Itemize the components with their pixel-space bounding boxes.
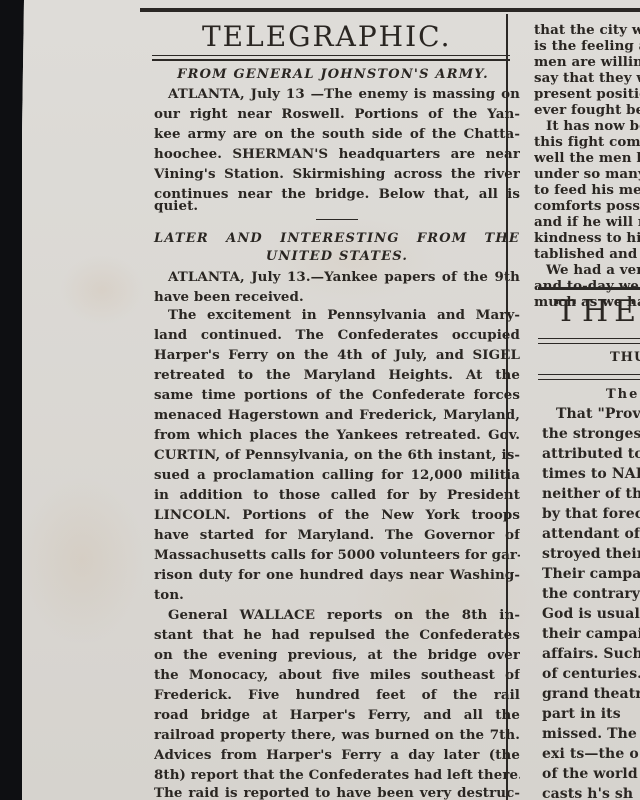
right-line: stroyed their [542,544,640,564]
article2-line: Massachusetts calls for 5000 volunteers … [154,545,520,565]
article2-line: The excitement in Pennsylvania and Mary- [154,305,520,325]
right-line: affairs. Such [542,644,640,664]
article2-line: on the evening previous, at the bridge o… [154,645,520,665]
masthead-rule-2 [538,343,640,344]
article2-headline-line2: UNITED STATES. [154,248,520,266]
right-line: casts h's sh [542,784,640,800]
article1-line: quiet. [154,196,520,216]
right-line: kindness to his m [534,230,640,247]
article2-line: CURTIN, of Pennsylvania, on the 6th inst… [154,445,520,465]
article2-line: stant that he had repulsed the Confedera… [154,625,520,645]
article2-line: in addition to those called for by Presi… [154,485,520,505]
title-underline-2 [152,59,510,61]
article2-line: General WALLACE reports on the 8th in- [154,605,520,625]
right-line: times to NAPOL [542,464,640,484]
right-line: exi ts—the o [542,744,640,764]
article2-line: have been received. [154,287,520,307]
right-line: and if he will now [534,214,640,231]
right-column: that the city will is the feeling and h … [534,0,640,800]
right-line: of centuries. [542,664,640,684]
right-line: neither of them [542,484,640,504]
article2-line: The raid is reported to have been very d… [154,783,520,800]
article1-line: ATLANTA, July 13 —The enemy is massing o… [154,84,520,104]
article1-line: kee army are on the south side of the Ch… [154,124,520,144]
right-line: well the men have [534,150,640,167]
right-line: That "Provid [556,404,640,424]
section-title: TELEGRAPHIC. [202,20,451,53]
right-line: the strongest b [542,424,640,444]
right-line: to feed his men w [534,182,640,199]
article2-line: from which places the Yankees retreated.… [154,425,520,445]
right-line: part in its [542,704,640,724]
right-line: grand theatr [542,684,640,704]
article2-line: sued a proclamation calling for 12,000 m… [154,465,520,485]
right-line: present position [534,86,640,103]
right-line: comforts possible [534,198,640,215]
article2-line: Harper's Ferry on the 4th of July, and S… [154,345,520,365]
dateline-rule-2 [538,379,640,380]
right-line: say that they wil [534,70,640,87]
article2-line: road bridge at Harper's Ferry, and all t… [154,705,520,725]
right-line: this fight commen [534,134,640,151]
masthead-top-rule [538,287,640,290]
article1-line: our right near Roswell. Portions of the … [154,104,520,124]
right-line: attributed to F [542,444,640,464]
article2-line: Advices from Harper's Ferry a day later … [154,745,520,765]
article-separator [316,219,358,220]
article1-line: Vining's Station. Skirmishing across the… [154,164,520,184]
article2-line: ton. [154,585,520,605]
editorial-subhead: The S [606,387,640,402]
right-line: missed. The [542,724,640,744]
article2-line: 8th) report that the Confederates had le… [154,765,520,785]
right-line: attendant of [542,524,640,544]
right-line: their campaig [542,624,640,644]
article2-line: LINCOLN. Portions of the New York troops [154,505,520,525]
right-line: is the feeling and h [534,38,640,55]
right-line: tablished and his [534,246,640,263]
article2-line: the Monocacy, about five miles southeast… [154,665,520,685]
article2-line: ATLANTA, July 13.—Yankee papers of the 9… [154,267,520,287]
article2-line: have started for Maryland. The Governor … [154,525,520,545]
article2-line: rison duty for one hundred days near Was… [154,565,520,585]
article2-headline-line1: LATER AND INTERESTING FROM THE [154,230,520,248]
right-line: God is usually [542,604,640,624]
right-line: ever fought before [534,102,640,119]
right-line: of the world [542,764,640,784]
right-line: the contrary of [542,584,640,604]
masthead-rule-1 [538,338,640,339]
newspaper-page: TELEGRAPHIC. FROM GENERAL JOHNSTON'S ARM… [22,0,640,800]
article2-line: same time portions of the Confederate fo… [154,385,520,405]
dateline: THUR [610,350,640,365]
right-line: that the city will [534,22,640,39]
right-line: by that forecas [542,504,640,524]
right-line: men are willing [534,54,640,71]
article1-headline: FROM GENERAL JOHNSTON'S ARMY. [150,66,516,84]
right-line: It has now been [546,118,640,135]
dateline-rule-1 [538,374,640,375]
right-line: under so many ha [534,166,640,183]
article2-line: land continued. The Confederates occupie… [154,325,520,345]
right-line: Their campaig [542,564,640,584]
masthead-title: THE [556,294,640,329]
article2-line: railroad property there, was burned on t… [154,725,520,745]
article2-line: retreated to the Maryland Heights. At th… [154,365,520,385]
article1-line: hoochee. SHERMAN'S headquarters are near [154,144,520,164]
title-underline-1 [152,55,510,56]
article2-line: Frederick. Five hundred feet of the rail [154,685,520,705]
right-line: We had a very [546,262,640,279]
article2-line: menaced Hagerstown and Frederick, Maryla… [154,405,520,425]
